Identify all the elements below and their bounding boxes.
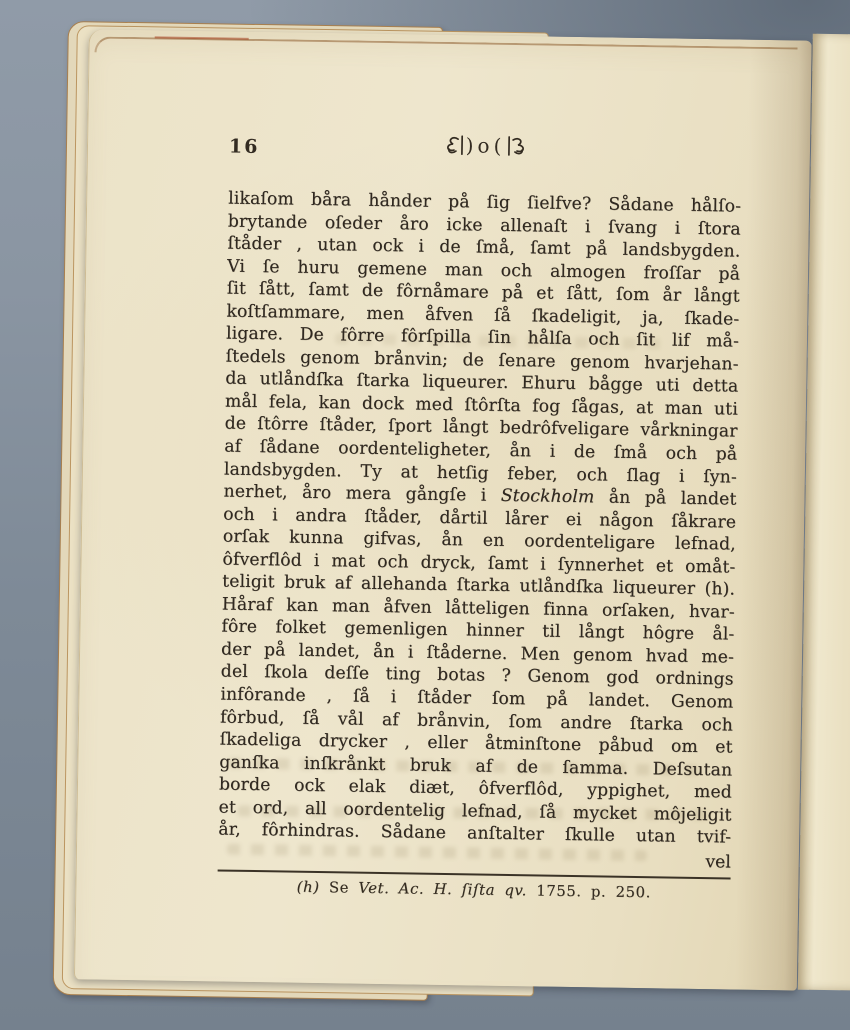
footnote: (h) Se Vet. Ac. H. ſiſta qv. 1755. p. 25… xyxy=(217,877,730,902)
footnote-text: Se xyxy=(319,879,358,897)
text-segment: ån på landet xyxy=(594,487,736,509)
footnote-citation: Vet. Ac. H. ſiſta qv. xyxy=(358,880,536,900)
page-header: 16 )o( xyxy=(229,128,743,182)
book-page: 16 )o( likaſom båra hånder på ſig ſielfv… xyxy=(74,29,812,990)
fleuron-left-icon xyxy=(444,134,466,156)
book: 16 )o( likaſom båra hånder på ſig ſielfv… xyxy=(53,18,850,1009)
ornament-text: )o( xyxy=(466,133,506,158)
fleuron-right-icon xyxy=(505,135,527,157)
text-segment: nerhet, åro mera gångſe i xyxy=(223,482,501,506)
photo-scene: 16 )o( likaſom båra hånder på ſig ſielfv… xyxy=(0,0,850,1030)
header-ornament: )o( xyxy=(229,130,742,162)
footnote-marker: (h) xyxy=(297,879,320,896)
footnote-pageref: 1755. p. 250. xyxy=(536,882,651,901)
italic-word-stockholm: Stockholm xyxy=(501,486,595,507)
under-page-edge-line xyxy=(94,36,797,63)
text-block: 16 )o( likaſom båra hånder på ſig ſielfv… xyxy=(217,128,742,903)
body-text: likaſom båra hånder på ſig ſielfve? Såda… xyxy=(218,188,741,850)
